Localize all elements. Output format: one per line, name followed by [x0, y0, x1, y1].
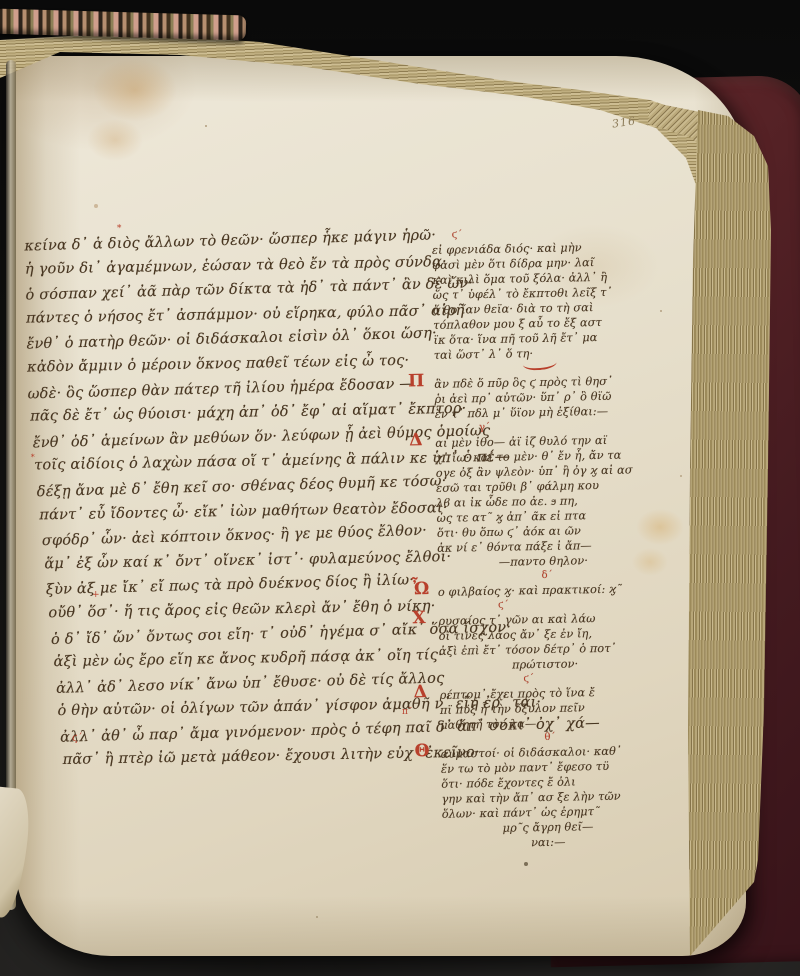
rubric-marginal-mark: ∗ [30, 452, 35, 460]
gloss-line: ναι:— [442, 833, 654, 852]
gloss-paragraph: Θαυμαστοί· οἱ διδάσκαλοι· καθ᾽ἕν τω τὸ μ… [441, 743, 655, 852]
rubric-initial: Ὦ [412, 582, 430, 597]
gloss-paragraph: Χρυσαίος τ᾽ γῶν αι καὶ λάωοἴ τινες λάος … [438, 610, 651, 674]
rubric-marginal-mark: ϛ´ [72, 734, 83, 744]
gloss-paragraph: Πἂν πδὲ ὅ πῦρ ὃς ϛ πρὸς τὶ θησ᾽ῥι ἀεὶ πρ… [434, 373, 647, 422]
manuscript-photo: 316 κείνα δ᾽ ἁ διὸς ἄλλων τὸ θεῶν· ὥσπερ… [0, 0, 800, 976]
gloss-paragraph: Δαι μὲν ἰθο— ἀϊ ἱζ θυλό την αϊχ᾽ ἴω· καί… [435, 432, 649, 571]
rubric-marginal-mark: π῀ [402, 708, 412, 717]
rubric-initial: Δ [409, 433, 423, 448]
main-text-column: κείνα δ᾽ ἁ διὸς ἄλλων τὸ θεῶν· ὥσπερ ἧκε… [24, 225, 438, 775]
rubric-initial: Δ [414, 685, 428, 700]
rubric-initial: Χ [412, 611, 426, 626]
opposite-leaf-edge [6, 60, 16, 910]
gloss-paragraph: εἰ φρενιάδα διός· καὶ μὴνφασὶ μὲν ὅτι δί… [432, 239, 646, 363]
headband-endband [0, 8, 246, 40]
rubric-marginal-mark: ∗ [116, 223, 122, 232]
rubric-initial: Θ [415, 744, 430, 759]
gloss-paragraph: Δρέπτομ᾽ ἔχει πρὸς τὸ ἵνα ἔπϊ πϋξ ἦ τὴν … [440, 684, 653, 733]
rubric-marginal-mark: + [92, 591, 100, 600]
rubric-initial: Π [408, 374, 424, 389]
gloss-text-column: ϛ´εἰ φρενιάδα διός· καὶ μὴνφασὶ μὲν ὅτι … [432, 226, 655, 853]
